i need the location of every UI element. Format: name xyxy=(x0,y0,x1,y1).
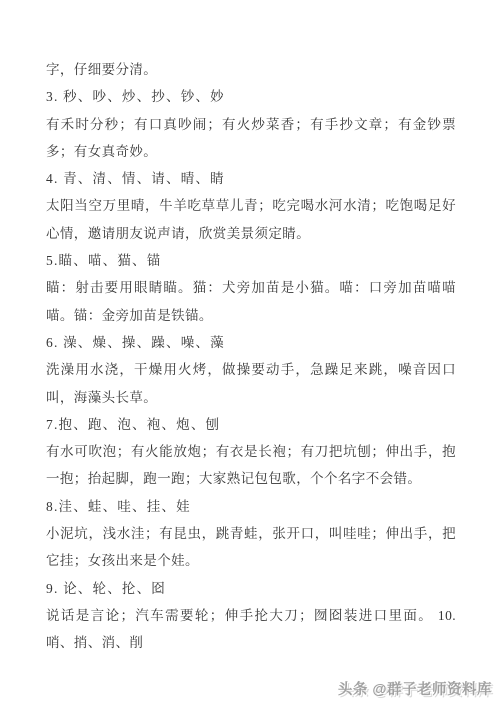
char-group-section: 7.抱、跑、泡、袍、炮、刨 有水可吹泡；有火能放炮；有衣是长袍；有刀把坑刨；伸出… xyxy=(46,411,456,493)
group-heading: 7.抱、跑、泡、袍、炮、刨 xyxy=(46,411,456,438)
group-body: 说话是言论；汽车需要轮；伸手抡大刀；囫囵装进口里面。 10. 哨、捎、消、削 xyxy=(46,602,456,657)
group-heading: 6. 澡、燥、操、躁、噪、藻 xyxy=(46,329,456,356)
group-body: 有水可吹泡；有火能放炮；有衣是长袍；有刀把坑刨；伸出手，抱一抱；抬起脚，跑一跑；… xyxy=(46,438,456,493)
group-heading: 9. 论、轮、抡、囵 xyxy=(46,575,456,602)
char-group-section: 6. 澡、燥、操、躁、噪、藻 洗澡用水浇，干燥用火烤，做操要动手，急躁足来跳，噪… xyxy=(46,329,456,411)
group-body: 洗澡用水浇，干燥用火烤，做操要动手，急躁足来跳，噪音因口叫，海藻头长草。 xyxy=(46,356,456,411)
group-heading: 4. 青、清、情、请、晴、睛 xyxy=(46,165,456,192)
group-body: 瞄：射击要用眼睛瞄。猫：犬旁加苗是小猫。喵：口旁加苗喵喵喵。锚：金旁加苗是铁锚。 xyxy=(46,274,456,329)
continuation-line: 字，仔细要分清。 xyxy=(46,56,456,83)
group-heading: 3. 秒、吵、炒、抄、钞、妙 xyxy=(46,83,456,110)
char-group-section: 5.瞄、喵、猫、锚 瞄：射击要用眼睛瞄。猫：犬旁加苗是小猫。喵：口旁加苗喵喵喵。… xyxy=(46,247,456,329)
char-group-section: 9. 论、轮、抡、囵 说话是言论；汽车需要轮；伸手抡大刀；囫囵装进口里面。 10… xyxy=(46,575,456,657)
char-group-section: 8.洼、蛙、哇、挂、娃 小泥坑，浅水洼；有昆虫，跳青蛙，张开口，叫哇哇；伸出手，… xyxy=(46,493,456,575)
group-body: 太阳当空万里晴，牛羊吃草草儿青；吃完喝水河水清；吃饱喝足好心情，邀请朋友说声请，… xyxy=(46,192,456,247)
group-heading: 8.洼、蛙、哇、挂、娃 xyxy=(46,493,456,520)
group-body: 有禾时分秒；有口真吵闹；有火炒菜香；有手抄文章；有金钞票多；有女真奇妙。 xyxy=(46,111,456,166)
char-group-section: 4. 青、清、情、请、晴、睛 太阳当空万里晴，牛羊吃草草儿青；吃完喝水河水清；吃… xyxy=(46,165,456,247)
group-heading: 5.瞄、喵、猫、锚 xyxy=(46,247,456,274)
document-page: 字，仔细要分清。 3. 秒、吵、炒、抄、钞、妙 有禾时分秒；有口真吵闹；有火炒菜… xyxy=(0,0,500,707)
toutiao-watermark: 头条 @群子老师资料库 xyxy=(338,678,492,699)
char-group-section: 3. 秒、吵、炒、抄、钞、妙 有禾时分秒；有口真吵闹；有火炒菜香；有手抄文章；有… xyxy=(46,83,456,165)
group-body: 小泥坑，浅水洼；有昆虫，跳青蛙，张开口，叫哇哇；伸出手，把它挂；女孩出来是个娃。 xyxy=(46,520,456,575)
